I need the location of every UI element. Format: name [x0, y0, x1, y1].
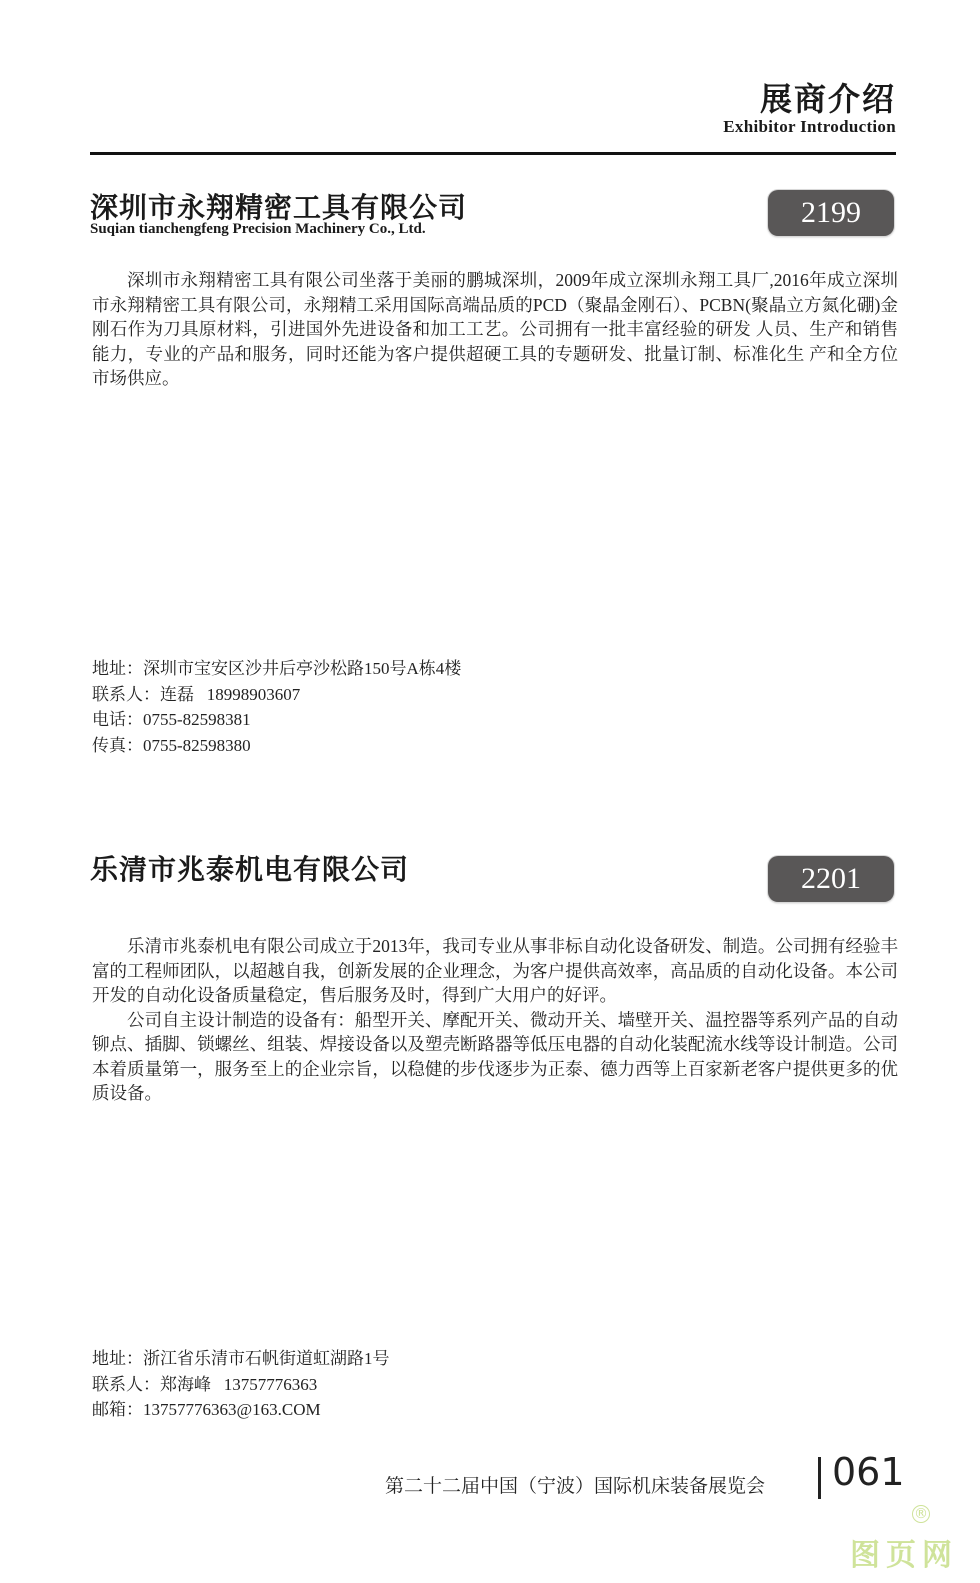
section-subtitle: Exhibitor Introduction: [723, 117, 896, 137]
email-line: 邮箱：13757776363@163.COM: [92, 1397, 390, 1423]
address-line: 地址：浙江省乐清市石帆街道虹湖路1号: [92, 1346, 390, 1372]
fax-line: 传真：0755-82598380: [92, 733, 461, 759]
registered-mark-icon: ®: [912, 1505, 930, 1523]
footer-divider: [818, 1457, 821, 1499]
company-name-en: Suqian tianchengfeng Precision Machinery…: [90, 221, 426, 238]
contact-info: 地址：深圳市宝安区沙井后亭沙松路150号A栋4楼 联系人：连磊 18998903…: [92, 656, 461, 758]
phone-line: 电话：0755-82598381: [92, 707, 461, 733]
booth-number-badge: 2199: [768, 190, 894, 236]
page-number: 061: [832, 1450, 905, 1494]
contact-person-line: 联系人：连磊 18998903607: [92, 682, 461, 708]
company-description: 乐清市兆泰机电有限公司成立于2013年，我司专业从事非标自动化设备研发、制造。公…: [92, 934, 898, 1106]
company-name-cn: 乐清市兆泰机电有限公司: [90, 848, 409, 888]
section-title: 展商介绍: [760, 74, 896, 120]
contact-person-line: 联系人：郑海峰 13757776363: [92, 1372, 390, 1398]
description-paragraph: 公司自主设计制造的设备有：船型开关、摩配开关、微动开关、墙壁开关、温控器等系列产…: [92, 1008, 898, 1106]
description-paragraph: 乐清市兆泰机电有限公司成立于2013年，我司专业从事非标自动化设备研发、制造。公…: [92, 934, 898, 1008]
address-line: 地址：深圳市宝安区沙井后亭沙松路150号A栋4楼: [92, 656, 461, 682]
footer-event-name: 第二十二届中国（宁波）国际机床装备展览会: [385, 1471, 765, 1498]
watermark-logo: 图页网: [850, 1530, 958, 1574]
company-name-cn: 深圳市永翔精密工具有限公司: [90, 186, 467, 226]
header-divider: [90, 152, 896, 155]
contact-info: 地址：浙江省乐清市石帆街道虹湖路1号 联系人：郑海峰 13757776363 邮…: [92, 1346, 390, 1423]
description-paragraph: 深圳市永翔精密工具有限公司坐落于美丽的鹏城深圳，2009年成立深圳永翔工具厂,2…: [92, 268, 898, 391]
company-description: 深圳市永翔精密工具有限公司坐落于美丽的鹏城深圳，2009年成立深圳永翔工具厂,2…: [92, 268, 898, 391]
booth-number-badge: 2201: [768, 856, 894, 902]
